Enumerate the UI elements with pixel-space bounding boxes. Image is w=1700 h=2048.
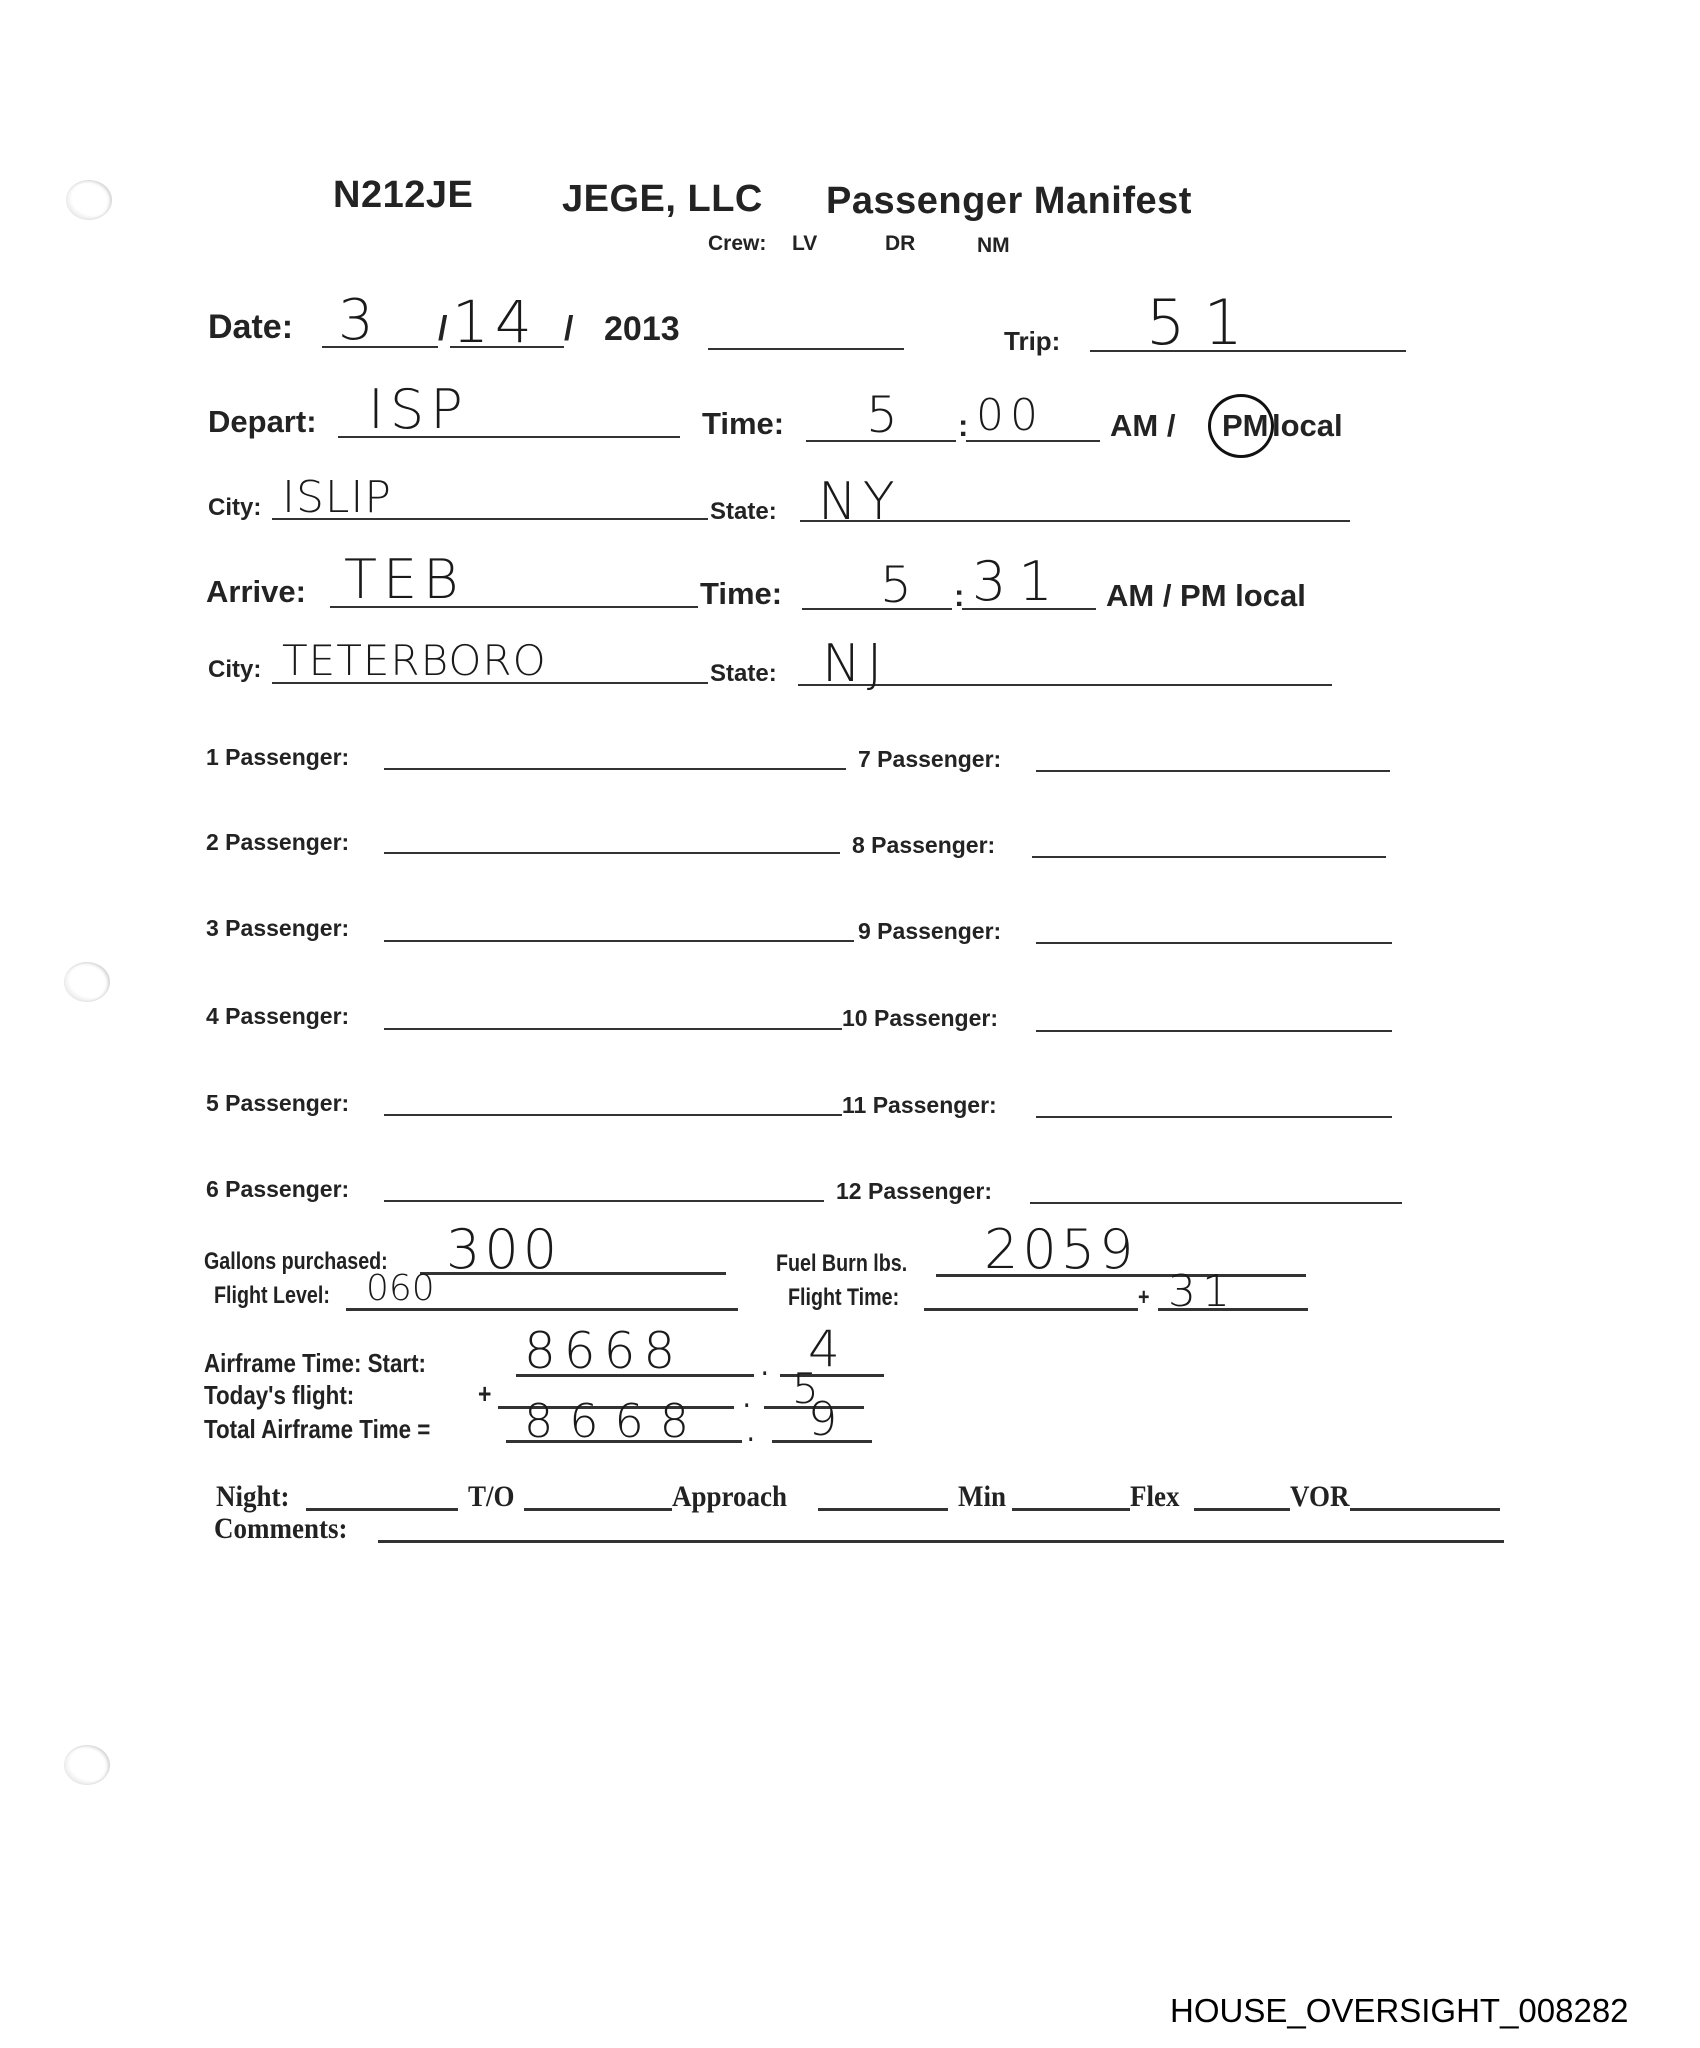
todays-flight-label: Today's flight: bbox=[204, 1380, 354, 1411]
depart-state-label: State: bbox=[710, 498, 777, 526]
flight-level-label: Flight Level: bbox=[214, 1282, 330, 1310]
depart-local-label: local bbox=[1272, 408, 1343, 444]
flight-time-plus: + bbox=[1138, 1284, 1149, 1312]
form-title: Passenger Manifest bbox=[826, 180, 1192, 223]
passenger-12-field[interactable] bbox=[1030, 1202, 1402, 1204]
depart-airport-value: ISP bbox=[368, 378, 469, 441]
airframe-start-label: Airframe Time: Start: bbox=[204, 1348, 426, 1379]
company-name: JEGE, LLC bbox=[562, 178, 763, 221]
fuel-burn-label: Fuel Burn lbs. bbox=[776, 1250, 907, 1278]
arrive-time-label: Time: bbox=[700, 576, 782, 612]
total-airframe-whole-value: 8668 bbox=[524, 1394, 705, 1448]
passenger-3-field[interactable] bbox=[384, 940, 854, 942]
passenger-8-label: 8 Passenger: bbox=[852, 832, 995, 859]
arrive-hour-field[interactable] bbox=[802, 608, 952, 610]
passenger-4-field[interactable] bbox=[384, 1028, 842, 1030]
airframe-start-dot: . bbox=[762, 1354, 767, 1382]
depart-minute-value: 00 bbox=[976, 390, 1044, 441]
passenger-7-label: 7 Passenger: bbox=[858, 746, 1001, 773]
passenger-11-field[interactable] bbox=[1036, 1116, 1392, 1118]
arrive-airport-value: TEB bbox=[344, 548, 464, 611]
arrive-label: Arrive: bbox=[206, 574, 306, 610]
todays-flight-dot: . bbox=[744, 1386, 749, 1414]
flex-field[interactable] bbox=[1194, 1508, 1290, 1511]
fuel-burn-value: 2059 bbox=[984, 1218, 1137, 1281]
arrive-state-label: State: bbox=[710, 660, 777, 688]
binder-hole-middle bbox=[64, 962, 110, 1002]
passenger-5-label: 5 Passenger: bbox=[206, 1090, 349, 1117]
depart-label: Depart: bbox=[208, 404, 317, 440]
crew-member-3: NM bbox=[977, 234, 1010, 258]
arrive-hour-value: 5 bbox=[880, 556, 918, 614]
min-label: Min bbox=[958, 1480, 1006, 1514]
comments-field[interactable] bbox=[378, 1540, 1504, 1543]
min-field[interactable] bbox=[1012, 1508, 1130, 1511]
to-label: T/O bbox=[468, 1480, 515, 1514]
date-separator-1: / bbox=[438, 310, 447, 349]
crew-member-1: LV bbox=[792, 232, 817, 256]
vor-field[interactable] bbox=[1350, 1508, 1500, 1511]
date-month-value: 3 bbox=[338, 288, 380, 353]
passenger-3-label: 3 Passenger: bbox=[206, 915, 349, 942]
passenger-6-label: 6 Passenger: bbox=[206, 1176, 349, 1203]
passenger-1-field[interactable] bbox=[384, 768, 846, 770]
depart-am-option[interactable]: AM / bbox=[1110, 408, 1175, 444]
date-year: 2013 bbox=[604, 310, 680, 349]
passenger-10-label: 10 Passenger: bbox=[842, 1005, 998, 1032]
comments-label: Comments: bbox=[214, 1512, 347, 1546]
gallons-purchased-label: Gallons purchased: bbox=[204, 1248, 388, 1276]
to-field[interactable] bbox=[524, 1508, 672, 1511]
arrive-city-value: TETERBORO bbox=[282, 636, 547, 685]
binder-hole-bottom bbox=[64, 1745, 110, 1785]
night-field[interactable] bbox=[306, 1508, 458, 1511]
passenger-12-label: 12 Passenger: bbox=[836, 1178, 992, 1205]
passenger-10-field[interactable] bbox=[1036, 1030, 1392, 1032]
passenger-8-field[interactable] bbox=[1032, 856, 1386, 858]
date-day-value: 14 bbox=[452, 288, 538, 356]
passenger-9-label: 9 Passenger: bbox=[858, 918, 1001, 945]
flex-label: Flex bbox=[1130, 1480, 1179, 1514]
flight-time-minutes-value: 31 bbox=[1168, 1266, 1236, 1317]
passenger-7-field[interactable] bbox=[1036, 770, 1390, 772]
total-airframe-dot: . bbox=[748, 1420, 753, 1448]
arrive-city-label: City: bbox=[208, 656, 261, 684]
gallons-purchased-value: 300 bbox=[446, 1218, 561, 1281]
approach-field[interactable] bbox=[818, 1508, 948, 1511]
passenger-6-field[interactable] bbox=[384, 1200, 824, 1202]
depart-city-value: ISLIP bbox=[282, 472, 392, 523]
night-label: Night: bbox=[216, 1480, 290, 1514]
passenger-2-label: 2 Passenger: bbox=[206, 829, 349, 856]
todays-flight-plus: + bbox=[478, 1378, 491, 1410]
flight-level-value: 060 bbox=[366, 1268, 435, 1309]
date-label: Date: bbox=[208, 308, 293, 347]
bates-stamp: HOUSE_OVERSIGHT_008282 bbox=[1170, 1992, 1629, 2030]
trip-label: Trip: bbox=[1004, 326, 1060, 357]
depart-city-label: City: bbox=[208, 494, 261, 522]
passenger-2-field[interactable] bbox=[384, 852, 840, 854]
binder-hole-top bbox=[66, 180, 112, 220]
passenger-4-label: 4 Passenger: bbox=[206, 1003, 349, 1030]
passenger-11-label: 11 Passenger: bbox=[842, 1092, 997, 1119]
depart-state-value: NY bbox=[818, 472, 901, 532]
date-separator-2: / bbox=[564, 310, 573, 349]
depart-hour-value: 5 bbox=[866, 386, 904, 444]
crew-label: Crew: bbox=[708, 232, 766, 256]
depart-time-colon: : bbox=[958, 408, 968, 444]
tail-number: N212JE bbox=[333, 174, 473, 217]
passenger-9-field[interactable] bbox=[1036, 942, 1392, 944]
pm-selected-circle-mark bbox=[1208, 394, 1274, 458]
trip-number-value: 51 bbox=[1146, 286, 1261, 359]
crew-member-2: DR bbox=[885, 232, 915, 256]
arrive-state-value: NJ bbox=[822, 634, 888, 694]
arrive-ampm-options[interactable]: AM / PM local bbox=[1106, 578, 1306, 614]
vor-label: VOR bbox=[1290, 1480, 1349, 1514]
passenger-5-field[interactable] bbox=[384, 1114, 842, 1116]
total-airframe-tenth-value: 9 bbox=[808, 1392, 843, 1446]
approach-label: Approach bbox=[672, 1480, 787, 1514]
total-airframe-label: Total Airframe Time = bbox=[204, 1414, 430, 1445]
date-extra-field[interactable] bbox=[708, 348, 904, 350]
arrive-minute-value: 31 bbox=[972, 550, 1065, 613]
flight-time-hours-field[interactable] bbox=[924, 1308, 1138, 1311]
passenger-1-label: 1 Passenger: bbox=[206, 744, 349, 771]
airframe-start-whole-value: 8668 bbox=[524, 1322, 683, 1380]
depart-time-label: Time: bbox=[702, 406, 784, 442]
flight-time-label: Flight Time: bbox=[788, 1284, 899, 1312]
